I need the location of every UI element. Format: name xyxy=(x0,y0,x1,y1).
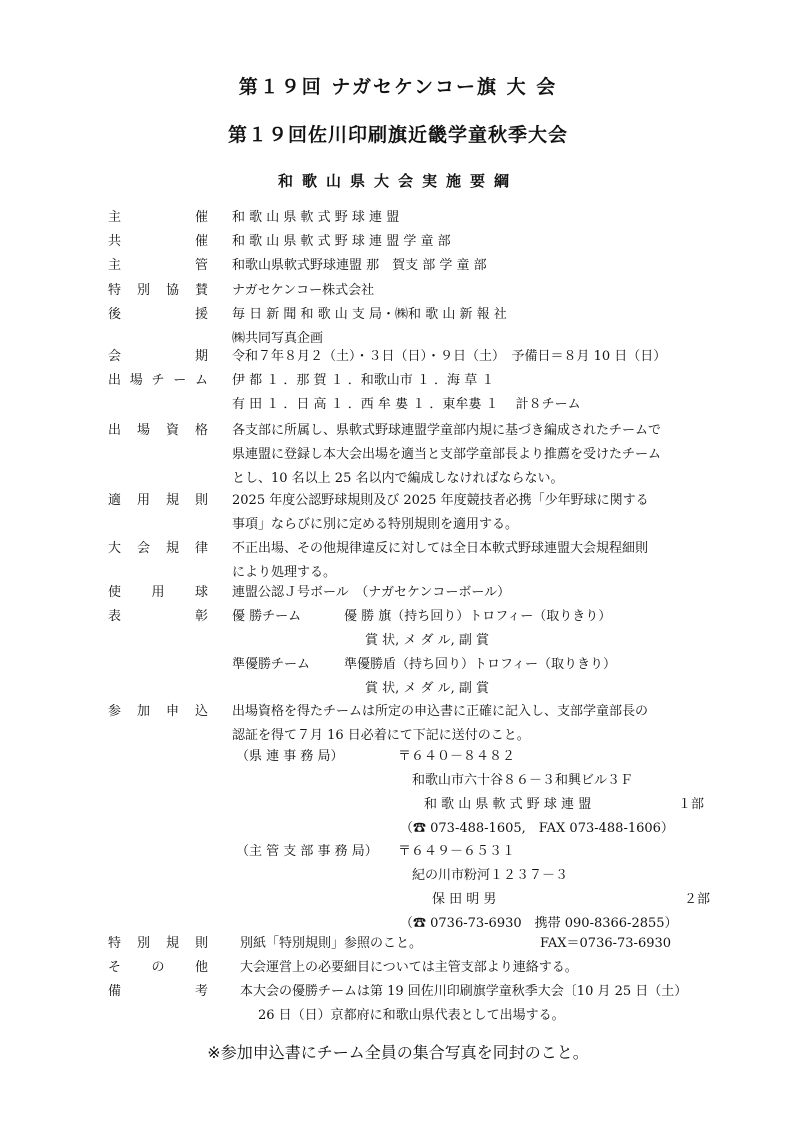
item-8-label: 適用規則 xyxy=(108,489,208,508)
item-12-label: 参加申込 xyxy=(108,700,208,719)
tail-2-value: 本大会の優勝チームは第 19 回佐川印刷旗学童秋季大会〔10 月 25 日（土） xyxy=(240,980,687,999)
item-7-value: 各支部に所属し、県軟式野球連盟学童部内規に基づき編成されたチームで xyxy=(232,419,661,438)
item-0-value: 和 歌 山 県 軟 式 野 球 連 盟 xyxy=(232,206,399,225)
item-0-label: 主催 xyxy=(108,206,208,225)
item-8-value: 2025 年度公認野球規則及び 2025 年度競技者必携「少年野球に関する xyxy=(232,489,649,508)
item-7-label: 出場資格 xyxy=(108,419,208,438)
item-7-value-3: とし、10 名以上 25 名以内で編成しなければならない。 xyxy=(232,467,563,486)
fax-number: FAX＝0736-73-6930 xyxy=(540,932,671,951)
contact-address: 和歌山市六十谷８６－３和興ビル３Ｆ xyxy=(412,769,633,788)
item-1-value: 和 歌 山 県 軟 式 野 球 連 盟 学 童 部 xyxy=(232,230,451,249)
item-9-value-2: により処理する。 xyxy=(232,561,336,580)
contact-name: 保 田 明 男 xyxy=(432,888,496,907)
award-team: 優 勝チーム xyxy=(232,605,301,624)
item-4-value-2: ㈱共同写真企画 xyxy=(232,327,323,346)
item-11-label: 表彰 xyxy=(108,605,208,624)
tail-0-label: 特別規則 xyxy=(108,932,208,951)
item-7-value-2: 県連盟に登録し本大会出場を適当と支部学童部長より推薦を受けたチーム xyxy=(232,443,661,462)
title-tournament-1: 第１９回 ナガセケンコー旗 大 会 xyxy=(0,72,796,99)
item-3-value: ナガセケンコー株式会社 xyxy=(232,279,374,298)
contact-postal: 〒６４９－６５３１ xyxy=(398,840,515,859)
item-10-label: 使用球 xyxy=(108,581,208,600)
item-6-label: 出場チーム xyxy=(108,369,208,388)
award-team: 準優勝チーム xyxy=(232,653,310,672)
item-6-value: 伊 都 １ ．那 賀 １ ．和歌山市 １ ．海 草 １ xyxy=(232,369,494,388)
contact-postal: 〒６４０－８４８２ xyxy=(398,745,515,764)
item-3-label: 特別協賛 xyxy=(108,279,208,298)
item-9-value: 不正出場、その他規律違反に対しては全日本軟式野球連盟大会規程細則 xyxy=(232,537,648,556)
contact-phone: （☎ 073-488-1605, FAX 073-488-1606） xyxy=(400,817,674,836)
item-8-value-2: 事項」ならびに別に定める特別規則を適用する。 xyxy=(232,513,518,532)
contact-dept: １部 xyxy=(678,793,704,812)
contact-office: （主 管 支 部 事 務 局） xyxy=(236,840,378,859)
item-5-value: 令和７年８月２（土）・３日（日）・９日（土） 予備日＝８月 10 日（日） xyxy=(232,345,666,364)
contact-phone: （☎ 0736-73-6930 携帯 090-8366-2855） xyxy=(400,912,678,931)
tail-1-value: 大会運営上の必要細目については主管支部より連絡する。 xyxy=(240,956,578,975)
award-prize-2: 賞 状, メ ダ ル, 副 賞 xyxy=(365,629,489,648)
item-6-value-2: 有 田 １ ．日 高 １ ．西 牟 婁 １ ．東牟婁 １ 計８チーム xyxy=(232,393,581,412)
item-12-value: 出場資格を得たチームは所定の申込書に正確に記入し、支部学童部長の xyxy=(232,700,648,719)
footer-note: ※参加申込書にチーム全員の集合写真を同封のこと。 xyxy=(0,1040,796,1063)
item-12-value-2: 認証を得て７月 16 日必着にて下記に送付のこと。 xyxy=(232,724,530,743)
tail-2-label: 備考 xyxy=(108,980,208,999)
item-1-label: 共催 xyxy=(108,230,208,249)
tail-0-value: 別紙「特別規則」参照のこと。 xyxy=(240,932,422,951)
item-5-label: 会期 xyxy=(108,345,208,364)
item-10-value: 連盟公認Ｊ号ボール （ナガセケンコーボール） xyxy=(232,581,510,600)
tail-2-value-2: 26 日（日）京都府に和歌山県代表として出場する。 xyxy=(258,1004,565,1023)
item-4-value: 毎 日 新 聞 和 歌 山 支 局・㈱和 歌 山 新 報 社 xyxy=(232,303,507,322)
contact-name: 和 歌 山 県 軟 式 野 球 連 盟 xyxy=(424,793,591,812)
award-prize: 準優勝盾（持ち回り）トロフィー（取りきり） xyxy=(344,653,616,672)
item-9-label: 大会規律 xyxy=(108,537,208,556)
item-4-label: 後援 xyxy=(108,303,208,322)
title-tournament-2: 第１９回佐川印刷旗近畿学童秋季大会 xyxy=(0,120,796,147)
contact-office: （県 連 事 務 局） xyxy=(236,745,344,764)
contact-dept: ２部 xyxy=(684,888,710,907)
award-prize: 優 勝 旗（持ち回り）トロフィー（取りきり） xyxy=(344,605,611,624)
tail-1-label: その他 xyxy=(108,956,208,975)
item-2-value: 和歌山県軟式野球連盟 那 賀支 部 学 童 部 xyxy=(232,254,487,273)
item-2-label: 主管 xyxy=(108,254,208,273)
title-outline: 和歌山県大会実施要綱 xyxy=(0,170,796,191)
contact-address: 紀の川市粉河１２３７－３ xyxy=(412,864,568,883)
award-prize-2: 賞 状, メ ダ ル, 副 賞 xyxy=(365,677,489,696)
